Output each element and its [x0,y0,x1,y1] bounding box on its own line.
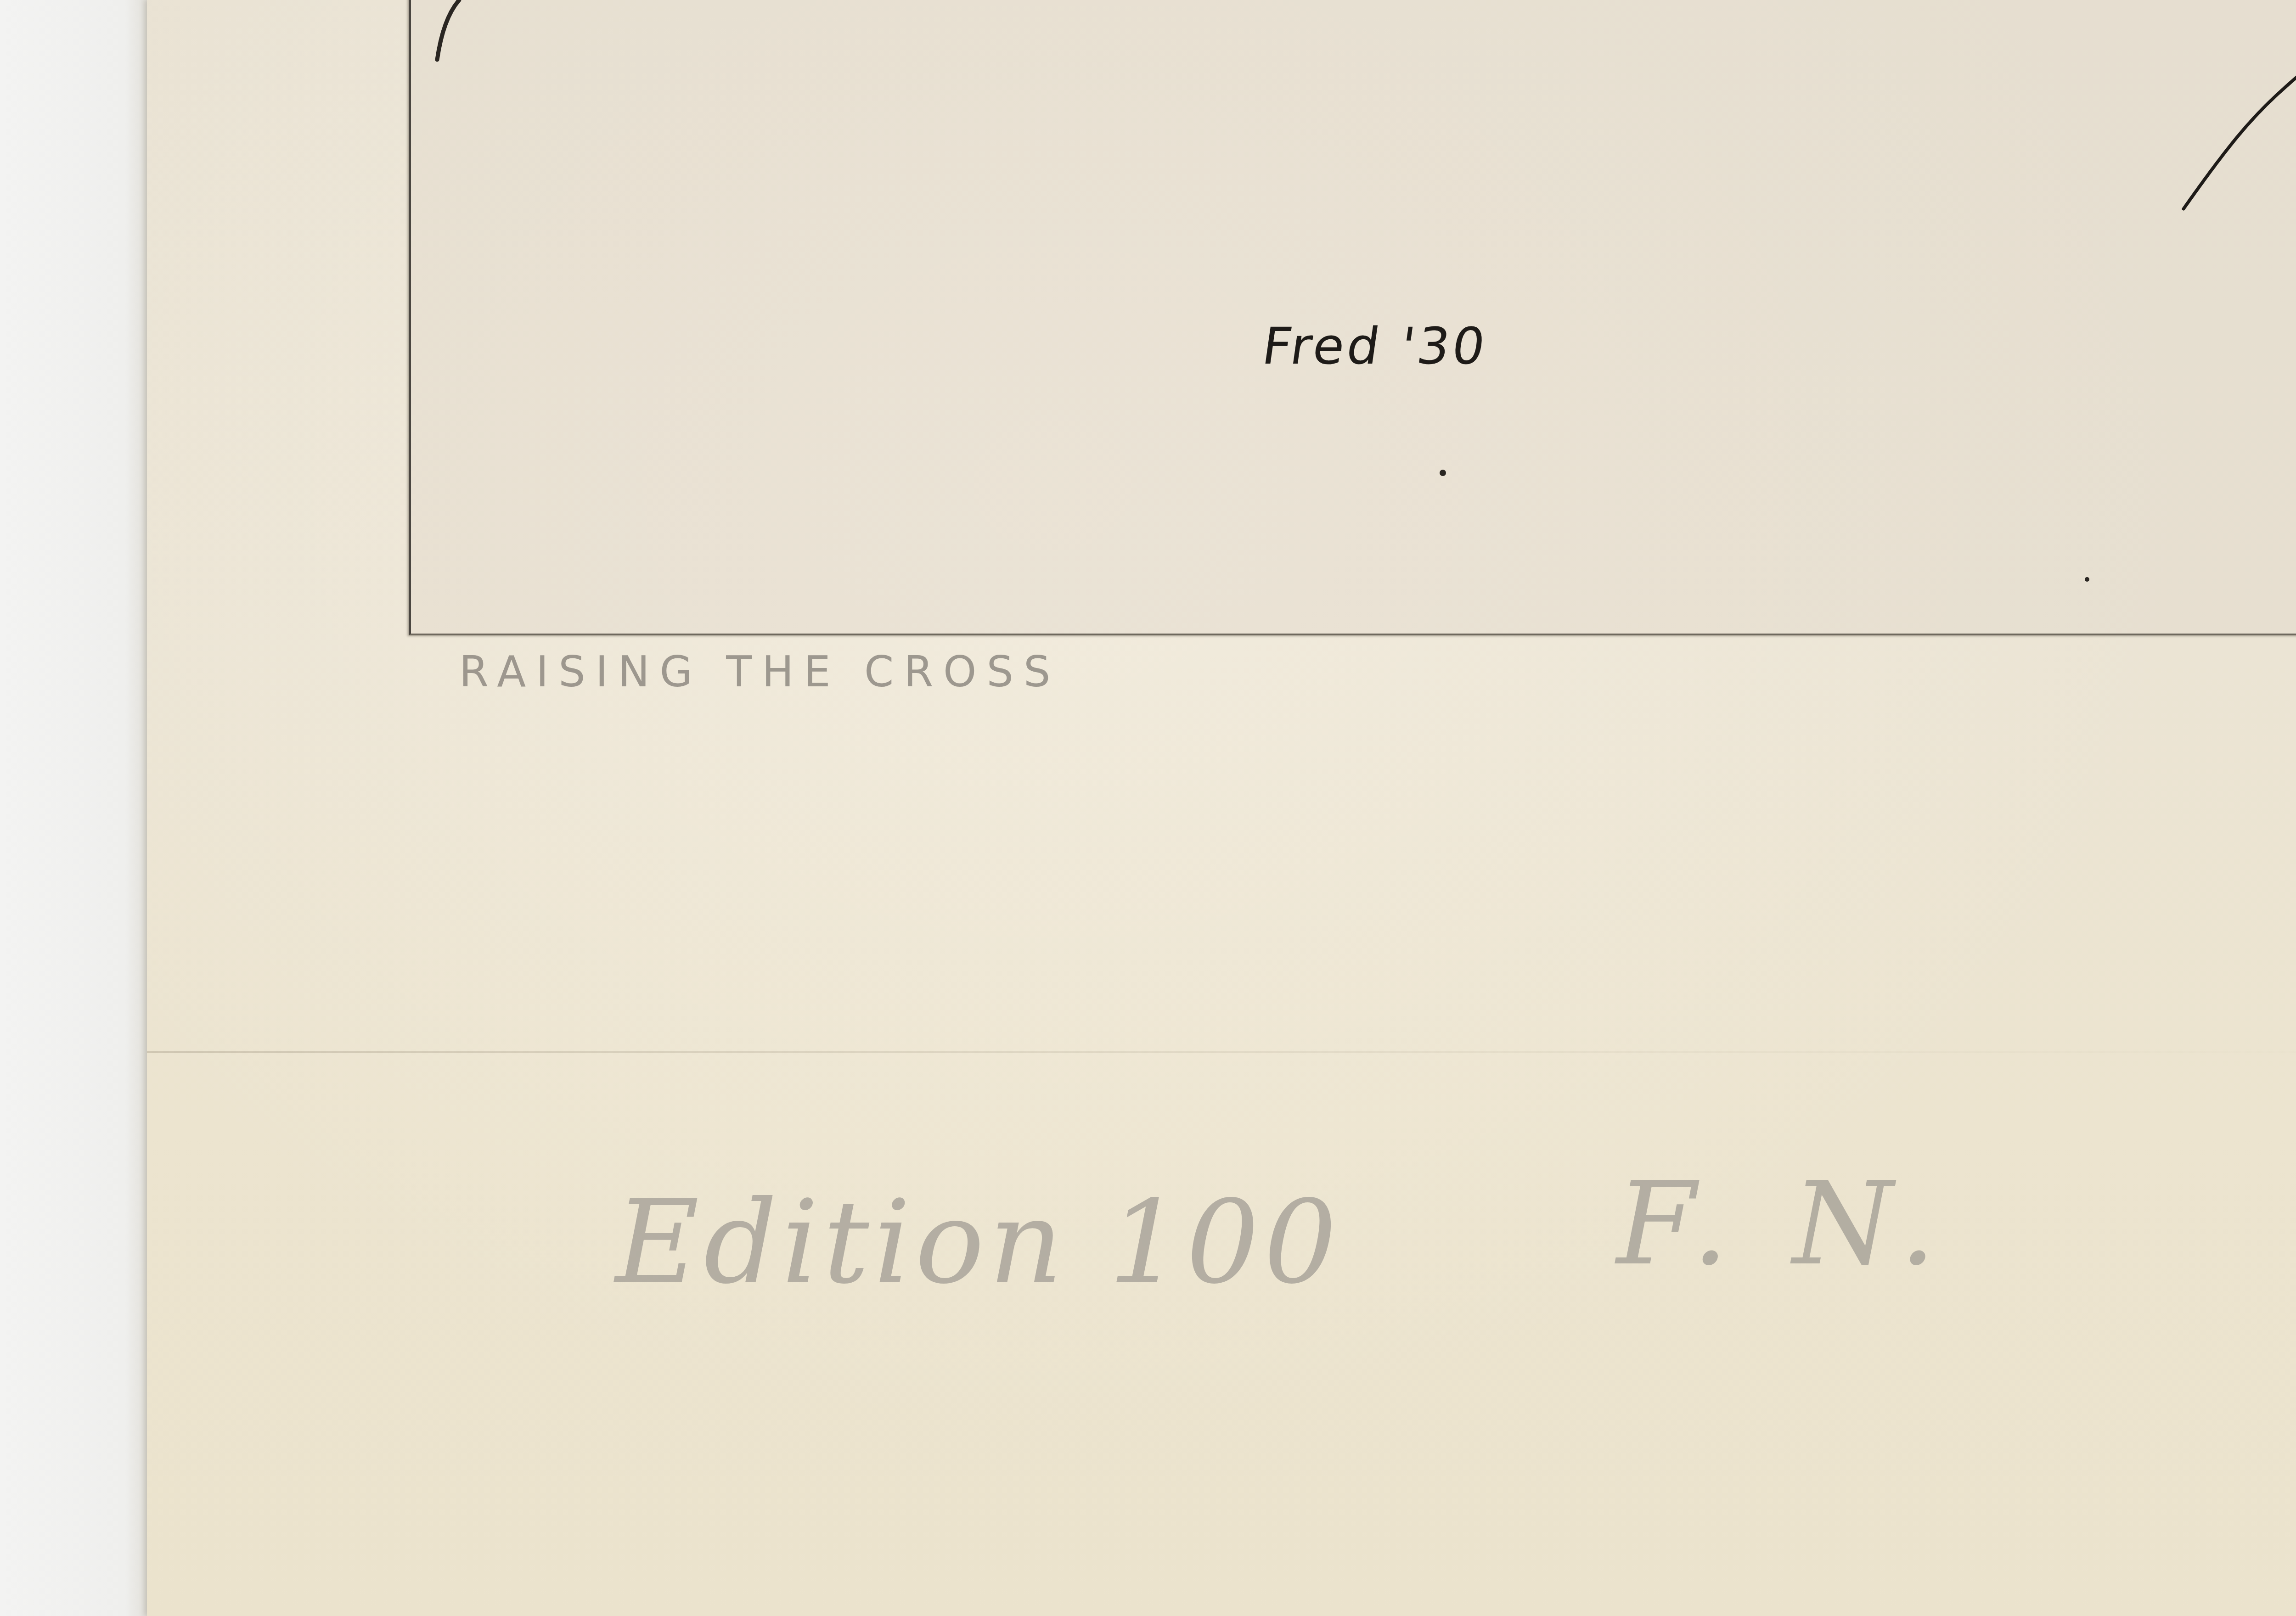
artist-initials: F. N. [1616,1157,1950,1291]
etched-line-diagonal-right [2183,0,2296,209]
title-inscription: RAISING THE CROSS [459,647,1060,696]
etched-line-top-left [437,0,459,60]
etched-lines [0,0,2296,1616]
plate-signature: Fred '30 [1259,317,1491,376]
ink-speck [1440,470,1446,476]
ink-speck [2085,577,2089,582]
edition-inscription: Edition 100 [615,1175,1341,1309]
